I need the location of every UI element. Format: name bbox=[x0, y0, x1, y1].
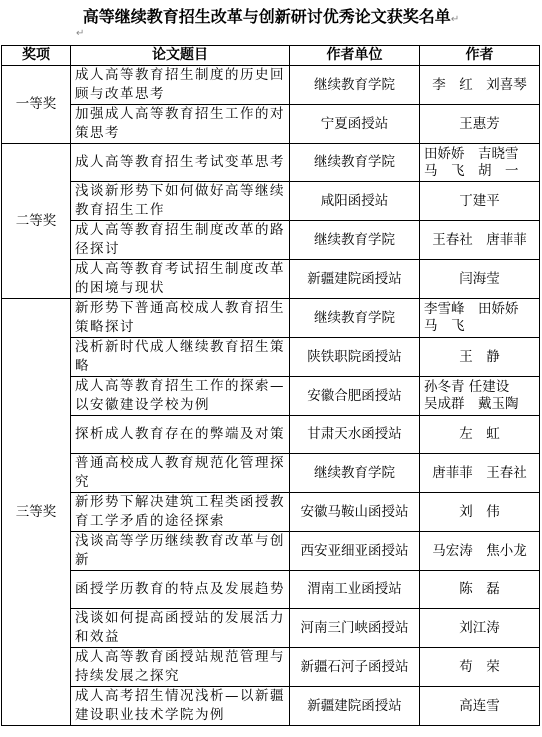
author-cell: 李雪峰 田娇娇 马 飞 bbox=[420, 299, 540, 338]
author-unit-cell: 甘肃天水函授站 bbox=[290, 416, 420, 454]
author-cell: 王春社 唐菲菲 bbox=[420, 221, 540, 260]
paper-title-cell: 成人高等教育招生工作的探索—以安徽建设学校为例 bbox=[71, 377, 290, 416]
author-cell: 王惠芳 bbox=[420, 105, 540, 144]
author-cell: 苟 荣 bbox=[420, 648, 540, 687]
author-unit-cell: 新疆建院函授站 bbox=[290, 687, 420, 726]
author-unit-cell: 继续教育学院 bbox=[290, 299, 420, 338]
document-title: 高等继续教育招生改革与创新研讨优秀论文获奖名单↵ bbox=[0, 4, 542, 27]
paper-title-cell: 成人高等教育函授站规范管理与持续发展之探究 bbox=[71, 648, 290, 687]
table-row: 浅析新时代成人继续教育招生策略 陕铁职院函授站 王 静 bbox=[2, 338, 540, 377]
award-level-cell: 三等奖 bbox=[2, 299, 71, 726]
author-cell: 左 虹 bbox=[420, 416, 540, 454]
author-unit-cell: 继续教育学院 bbox=[290, 66, 420, 105]
paper-title-cell: 新形势下解决建筑工程类函授教育工学矛盾的途径探索 bbox=[71, 493, 290, 532]
author-cell: 刘 伟 bbox=[420, 493, 540, 532]
header-unit: 作者单位 bbox=[290, 46, 420, 66]
paragraph-mark-icon: ↵ bbox=[451, 14, 459, 25]
table-header-row: 奖项 论文题目 作者单位 作者 bbox=[2, 46, 540, 66]
author-unit-cell: 新疆石河子函授站 bbox=[290, 648, 420, 687]
author-cell: 高连雪 bbox=[420, 687, 540, 726]
table-row: 一等奖 成人高等教育招生制度的历史回顾与改革思考 继续教育学院 李 红 刘喜琴 bbox=[2, 66, 540, 105]
table-row: 普通高校成人教育规范化管理探究 继续教育学院 唐菲菲 王春社 bbox=[2, 454, 540, 493]
author-unit-cell: 继续教育学院 bbox=[290, 221, 420, 260]
document-title-text: 高等继续教育招生改革与创新研讨优秀论文获奖名单 bbox=[83, 7, 451, 26]
table-row: 探析成人教育存在的弊端及对策 甘肃天水函授站 左 虹 bbox=[2, 416, 540, 454]
table-row: 三等奖 新形势下普通高校成人教育招生策略探讨 继续教育学院 李雪峰 田娇娇 马 … bbox=[2, 299, 540, 338]
table-row: 成人高等教育函授站规范管理与持续发展之探究 新疆石河子函授站 苟 荣 bbox=[2, 648, 540, 687]
paper-title-cell: 函授学历教育的特点及发展趋势 bbox=[71, 571, 290, 609]
table-row: 成人高等教育考试招生制度改革的困境与现状 新疆建院函授站 闫海莹 bbox=[2, 260, 540, 299]
table-row: 浅谈如何提高函授站的发展活力和效益 河南三门峡函授站 刘江涛 bbox=[2, 609, 540, 648]
paper-title-cell: 浅谈高等学历继续教育改革与创新 bbox=[71, 532, 290, 571]
author-unit-cell: 陕铁职院函授站 bbox=[290, 338, 420, 377]
author-unit-cell: 新疆建院函授站 bbox=[290, 260, 420, 299]
table-row: 加强成人高等教育招生工作的对策思考 宁夏函授站 王惠芳 bbox=[2, 105, 540, 144]
author-cell: 田娇娇 吉晓雪 马 飞 胡 一 bbox=[420, 144, 540, 182]
table-row: 函授学历教育的特点及发展趋势 渭南工业函授站 陈 磊 bbox=[2, 571, 540, 609]
award-table: 奖项 论文题目 作者单位 作者 一等奖 成人高等教育招生制度的历史回顾与改革思考… bbox=[1, 45, 540, 726]
author-cell: 马宏涛 焦小龙 bbox=[420, 532, 540, 571]
author-unit-cell: 继续教育学院 bbox=[290, 144, 420, 182]
paper-title-cell: 成人高等教育招生制度改革的路径探讨 bbox=[71, 221, 290, 260]
header-author: 作者 bbox=[420, 46, 540, 66]
paper-title-cell: 普通高校成人教育规范化管理探究 bbox=[71, 454, 290, 493]
table-row: 成人高等教育招生制度改革的路径探讨 继续教育学院 王春社 唐菲菲 bbox=[2, 221, 540, 260]
author-unit-cell: 渭南工业函授站 bbox=[290, 571, 420, 609]
table-row: 浅谈新形势下如何做好高等继续教育招生工作 咸阳函授站 丁建平 bbox=[2, 182, 540, 221]
paper-title-cell: 成人高等教育考试招生制度改革的困境与现状 bbox=[71, 260, 290, 299]
author-cell: 李 红 刘喜琴 bbox=[420, 66, 540, 105]
author-cell: 刘江涛 bbox=[420, 609, 540, 648]
author-cell: 闫海莹 bbox=[420, 260, 540, 299]
author-unit-cell: 咸阳函授站 bbox=[290, 182, 420, 221]
author-cell: 孙冬青 任建设 吴成群 戴玉陶 bbox=[420, 377, 540, 416]
paper-title-cell: 浅析新时代成人继续教育招生策略 bbox=[71, 338, 290, 377]
author-unit-cell: 安徽合肥函授站 bbox=[290, 377, 420, 416]
paper-title-cell: 新形势下普通高校成人教育招生策略探讨 bbox=[71, 299, 290, 338]
author-cell: 王 静 bbox=[420, 338, 540, 377]
paragraph-mark-icon: ↵ bbox=[76, 28, 84, 39]
award-level-cell: 二等奖 bbox=[2, 144, 71, 299]
paper-title-cell: 成人高等教育招生考试变革思考 bbox=[71, 144, 290, 182]
author-unit-cell: 宁夏函授站 bbox=[290, 105, 420, 144]
table-row: 新形势下解决建筑工程类函授教育工学矛盾的途径探索 安徽马鞍山函授站 刘 伟 bbox=[2, 493, 540, 532]
paper-title-cell: 成人高考招生情况浅析—以新疆建设职业技术学院为例 bbox=[71, 687, 290, 726]
header-award: 奖项 bbox=[2, 46, 71, 66]
author-cell: 唐菲菲 王春社 bbox=[420, 454, 540, 493]
table-row: 成人高等教育招生工作的探索—以安徽建设学校为例 安徽合肥函授站 孙冬青 任建设 … bbox=[2, 377, 540, 416]
author-cell: 陈 磊 bbox=[420, 571, 540, 609]
author-cell: 丁建平 bbox=[420, 182, 540, 221]
author-unit-cell: 河南三门峡函授站 bbox=[290, 609, 420, 648]
paper-title-cell: 成人高等教育招生制度的历史回顾与改革思考 bbox=[71, 66, 290, 105]
paper-title-cell: 浅谈新形势下如何做好高等继续教育招生工作 bbox=[71, 182, 290, 221]
table-row: 浅谈高等学历继续教育改革与创新 西安亚细亚函授站 马宏涛 焦小龙 bbox=[2, 532, 540, 571]
author-unit-cell: 西安亚细亚函授站 bbox=[290, 532, 420, 571]
author-unit-cell: 继续教育学院 bbox=[290, 454, 420, 493]
header-title: 论文题目 bbox=[71, 46, 290, 66]
table-row: 二等奖 成人高等教育招生考试变革思考 继续教育学院 田娇娇 吉晓雪 马 飞 胡 … bbox=[2, 144, 540, 182]
author-unit-cell: 安徽马鞍山函授站 bbox=[290, 493, 420, 532]
paper-title-cell: 加强成人高等教育招生工作的对策思考 bbox=[71, 105, 290, 144]
paper-title-cell: 探析成人教育存在的弊端及对策 bbox=[71, 416, 290, 454]
paper-title-cell: 浅谈如何提高函授站的发展活力和效益 bbox=[71, 609, 290, 648]
award-level-cell: 一等奖 bbox=[2, 66, 71, 144]
table-row: 成人高考招生情况浅析—以新疆建设职业技术学院为例 新疆建院函授站 高连雪 bbox=[2, 687, 540, 726]
